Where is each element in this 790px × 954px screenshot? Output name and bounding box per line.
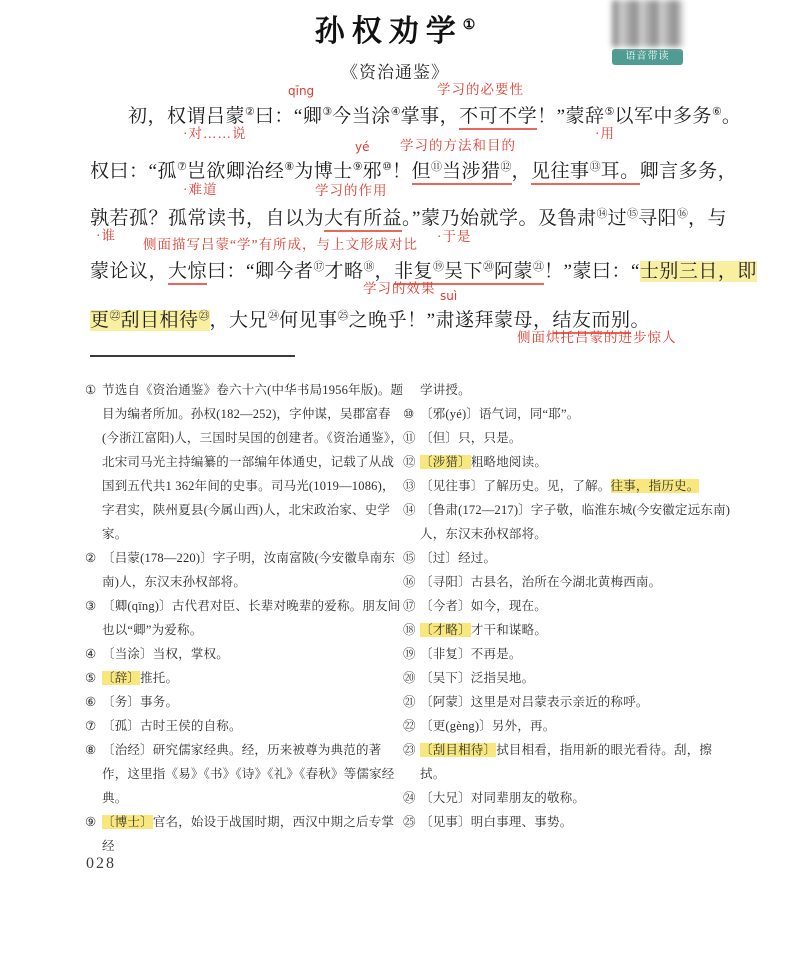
superscript-ref: ㉒ (110, 310, 121, 322)
footnote-item: ⑱〔才略〕才干和谋略。 (404, 618, 732, 642)
footnote-number: ⑧ (85, 738, 96, 762)
footnote-number: ⑨ (85, 810, 96, 834)
highlight-phrase: 士别三日，即 (640, 261, 757, 282)
word-gloss: ·难道 (183, 182, 218, 197)
footnote-item: ⑦〔孤〕古时王侯的自称。 (86, 714, 406, 738)
underline-phrase: 不可不学 (459, 106, 537, 130)
footnote-number: ⑤ (85, 666, 96, 690)
audio-read-button[interactable]: 语音带读 (612, 49, 683, 65)
footnote-number: ① (85, 378, 96, 402)
superscript-ref: ⑳ (483, 261, 494, 273)
superscript-ref: ③ (322, 106, 332, 118)
footnote-number: ㉒ (403, 714, 416, 738)
word-gloss: ·于是 (437, 229, 472, 244)
footnote-number: ⑩ (403, 402, 414, 426)
text-line-1: 初，权谓吕蒙②曰：“卿③今当涂④掌事，不可不学！”蒙辞⑤以军中多务⑥。 qīng… (0, 98, 790, 131)
pinyin-annotation: suì (440, 289, 457, 304)
margin-note: 学习的效果 (363, 281, 436, 296)
superscript-ref: ⑤ (605, 106, 615, 118)
footnote-number: ⑦ (85, 714, 96, 738)
footnote-item: ⑪〔但〕只，只是。 (404, 426, 732, 450)
text-line-2: 权曰：“孤⑦岂欲卿治经⑧为博士⑨邪⑩！但⑪当涉猎⑫，见往事⑬耳。卿言多务， yé… (0, 153, 790, 186)
footnote-number: ⑳ (403, 666, 416, 690)
superscript-ref: ㉔ (268, 310, 279, 322)
footnote-number: ⑫ (403, 450, 416, 474)
footnote-item: ⑰〔今者〕如今，现在。 (404, 594, 732, 618)
footnotes-left-column: ①节选自《资治通鉴》卷六十六(中华书局1956年版)。题目为编者所加。孙权(18… (86, 378, 406, 858)
highlight-phrase: 更㉒刮目相待㉓ (90, 310, 210, 331)
superscript-ref: ㉓ (199, 310, 210, 322)
margin-note: 学习的必要性 (437, 82, 524, 97)
pinyin-annotation: yé (355, 140, 369, 155)
word-gloss: ·用 (595, 126, 615, 141)
superscript-ref: ⑦ (177, 161, 187, 173)
footnote-item: ⑥〔务〕事务。 (86, 690, 406, 714)
footnote-item: ②〔吕蒙(178—220)〕字子明，汝南富陂(今安徽阜南东南)人，东汉末孙权部将… (86, 546, 406, 594)
margin-note: 侧面描写吕蒙“学”有所成，与上文形成对比 (143, 237, 418, 252)
footnote-number: ㉑ (403, 690, 416, 714)
footnote-item: ⑮〔过〕经过。 (404, 546, 732, 570)
footnote-number: ⑥ (85, 690, 96, 714)
footnotes-right-column: 学讲授。 ⑩〔邪(yé)〕语气词，同“耶”。 ⑪〔但〕只，只是。 ⑫〔涉猎〕粗略… (404, 378, 732, 834)
footnote-number: ㉓ (403, 738, 416, 762)
footnote-item: ⑯〔寻阳〕古县名，治所在今湖北黄梅西南。 (404, 570, 732, 594)
superscript-ref: ⑱ (363, 261, 374, 273)
footnote-item: ㉒〔更(gèng)〕另外，再。 (404, 714, 732, 738)
footnote-item: ⑤〔辞〕推托。 (86, 666, 406, 690)
footnote-item: ③〔卿(qīng)〕古代君对臣、长辈对晚辈的爱称。朋友间也以“卿”为爱称。 (86, 594, 406, 642)
superscript-ref: ⑬ (590, 161, 601, 173)
footnote-number: ③ (85, 594, 96, 618)
superscript-ref: ⑭ (596, 208, 607, 220)
footnote-item: ⑨〔博士〕官名，始设于战国时期，西汉中期之后专掌经 (86, 810, 406, 858)
footnote-item: 学讲授。 (404, 378, 732, 402)
footnote-item: ⑧〔治经〕研究儒家经典。经，历来被尊为典范的著作，这里指《易》《书》《诗》《礼》… (86, 738, 406, 810)
footnote-item: ⑲〔非复〕不再是。 (404, 642, 732, 666)
footnote-item: ④〔当涂〕当权，掌权。 (86, 642, 406, 666)
superscript-ref: ⑫ (501, 161, 512, 173)
footnote-number: ② (85, 546, 96, 570)
superscript-ref: ④ (391, 106, 401, 118)
footnote-number: ⑲ (403, 642, 416, 666)
footnote-item: ⑩〔邪(yé)〕语气词，同“耶”。 (404, 402, 732, 426)
text-line-5: 更㉒刮目相待㉓，大兄㉔何见事㉕之晚乎！”肃遂拜蒙母，结友而别。 suì 侧面烘托… (0, 302, 790, 335)
footnote-number: ④ (85, 642, 96, 666)
superscript-ref: ㉑ (533, 261, 544, 273)
footnote-number: ㉕ (403, 810, 416, 834)
qr-code-image (612, 0, 683, 47)
footnote-item: ㉔〔大兄〕对同辈朋友的敬称。 (404, 786, 732, 810)
underline-phrase: 大惊 (168, 261, 207, 285)
superscript-ref: ② (245, 106, 255, 118)
audio-read-widget: 语音带读 (612, 0, 683, 65)
footnote-number: ⑪ (403, 426, 416, 450)
footnote-number: ⑰ (403, 594, 416, 618)
footnote-number: ⑱ (403, 618, 416, 642)
footnote-number: ⑯ (403, 570, 416, 594)
superscript-ref: ⑰ (313, 261, 324, 273)
superscript-ref: ⑥ (712, 106, 722, 118)
lesson-title: 孙权劝学 (315, 15, 463, 48)
margin-note: 学习的作用 (315, 183, 388, 198)
footnote-item: ⑳〔吴下〕泛指吴地。 (404, 666, 732, 690)
title-footnote-ref: ① (463, 18, 476, 33)
superscript-ref: ⑯ (677, 208, 688, 220)
underline-phrase: 大有所益 (324, 208, 402, 232)
margin-note: 侧面烘托吕蒙的进步惊人 (517, 330, 677, 345)
superscript-ref: ⑮ (627, 208, 638, 220)
superscript-ref: ⑲ (433, 261, 444, 273)
underline-phrase: 见往事⑬耳。 (531, 161, 640, 185)
footnote-number: ⑮ (403, 546, 416, 570)
footnote-item: ㉑〔阿蒙〕这里是对吕蒙表示亲近的称呼。 (404, 690, 732, 714)
superscript-ref: ⑩ (382, 161, 392, 173)
footnote-item: ㉕〔见事〕明白事理、事势。 (404, 810, 732, 834)
page-number: 028 (86, 855, 116, 873)
footnote-item: ㉓〔刮目相待〕拭目相看，指用新的眼光看待。刮，擦拭。 (404, 738, 732, 786)
margin-note: 学习的方法和目的 (400, 138, 516, 153)
superscript-ref: ⑪ (431, 161, 442, 173)
text-line-4: 蒙论议，大惊曰：“卿今者⑰才略⑱，非复⑲吴下⑳阿蒙㉑！”蒙曰：“士别三日，即 学… (0, 253, 790, 286)
footnote-number: ⑭ (403, 498, 416, 522)
footnote-item: ⑬〔见往事〕了解历史。见，了解。往事，指历史。 (404, 474, 732, 498)
superscript-ref: ⑧ (284, 161, 294, 173)
word-gloss: ·对……说 (183, 126, 247, 141)
pinyin-annotation: qīng (288, 84, 314, 99)
footnote-number: ⑬ (403, 474, 416, 498)
footnote-item: ⑫〔涉猎〕粗略地阅读。 (404, 450, 732, 474)
footnote-item: ⑭〔鲁肃(172—217)〕字子敬，临淮东城(今安徽定远东南)人，东汉末孙权部将… (404, 498, 732, 546)
superscript-ref: ㉕ (338, 310, 349, 322)
footnote-item: ①节选自《资治通鉴》卷六十六(中华书局1956年版)。题目为编者所加。孙权(18… (86, 378, 406, 546)
word-gloss: ·谁 (96, 228, 116, 243)
footnote-divider (90, 355, 295, 357)
superscript-ref: ⑨ (353, 161, 363, 173)
footnote-number: ㉔ (403, 786, 416, 810)
text-line-3: 孰若孤？孤常读书，自以为大有所益。”蒙乃始就学。及鲁肃⑭过⑮寻阳⑯，与 ·谁 侧… (0, 200, 790, 233)
underline-phrase: 但⑪当涉猎⑫ (412, 161, 512, 185)
